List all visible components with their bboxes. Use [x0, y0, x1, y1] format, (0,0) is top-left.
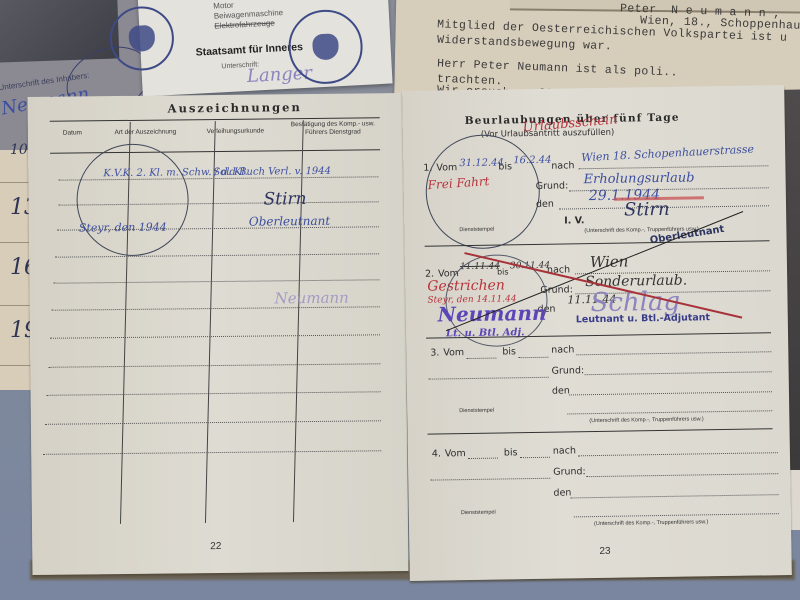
- column-header-art: Art der Auszeichnung: [103, 128, 188, 137]
- entry-4-grund-label: Grund:: [553, 466, 586, 478]
- confirming-rank: Oberleutnant: [249, 214, 330, 229]
- entry-1-stamp-label: Dienststempel: [459, 227, 494, 234]
- entry-1-destination: Wien 18. Schopenhauerstrasse: [581, 143, 754, 165]
- entry-1-vom-date: 31.12.44: [459, 157, 504, 169]
- id-authority: Staatsamt für Inneres: [195, 41, 303, 59]
- entry-1-vom-label: Vom: [436, 162, 457, 173]
- entry-3-grund-label: Grund:: [552, 365, 585, 377]
- eagle-emblem-icon: [312, 33, 339, 60]
- page-number: 22: [210, 541, 221, 552]
- id-line: Motor: [213, 1, 234, 11]
- entry-1-bis-date: 16.2.44: [513, 155, 551, 167]
- entry-3-sign-caption: (Unterschrift des Komp.-, Truppenführers…: [589, 416, 703, 424]
- entry-3-nach-label: nach: [551, 344, 574, 355]
- column-header-datum: Datum: [50, 129, 95, 137]
- entry-2-violet-signature: Neumann: [438, 301, 547, 327]
- entry-3-stamp-label: Dienststempel: [459, 408, 494, 415]
- entry-2-destination: Wien: [590, 252, 629, 271]
- entry-4-nach-label: nach: [553, 445, 576, 456]
- entry-3-vom-label: Vom: [443, 347, 464, 358]
- entry-3-den-label: den: [552, 385, 570, 396]
- column-header-urkunde: Verleihungsurkunde: [193, 127, 278, 136]
- entry-1-num: 1.: [423, 163, 432, 174]
- column-header-bestaetigung: Bestätigung des Komp.- usw. Führers Dien…: [288, 120, 378, 137]
- award-document: Sold-Buch Verl. v. 1944: [213, 166, 331, 178]
- entry-1-grund-label: Grund:: [536, 180, 569, 192]
- entry-1-den-label: den: [536, 199, 554, 210]
- entry-4-sign-caption: (Unterschrift des Komp.-, Truppenführers…: [594, 519, 708, 527]
- entry-4-den-label: den: [553, 487, 571, 498]
- confirming-signature: Stirn: [263, 189, 306, 209]
- page-title: Auszeichnungen: [168, 100, 302, 115]
- entry-1-signature: Stirn: [624, 199, 670, 221]
- id-line-struck: Elektrofahrzeuge: [214, 18, 275, 30]
- entry-4-bis-label: bis: [504, 447, 518, 458]
- entry-3-num: 3.: [430, 347, 439, 358]
- entry-4-num: 4.: [432, 448, 441, 459]
- eagle-emblem-icon: [128, 25, 155, 52]
- entry-1-bis-label: bis: [498, 161, 512, 172]
- entry-1-iv: I. V.: [564, 215, 584, 226]
- strip-number: 10: [10, 142, 28, 158]
- entry-1-nach-label: nach: [551, 160, 574, 171]
- entry-4-stamp-label: Dienststempel: [461, 510, 496, 517]
- entry-1-reason: Erholungsurlaub: [583, 170, 694, 187]
- page-beurlaubungen: Beurlaubungen über fünf Tage (Vor Urlaub…: [402, 85, 792, 581]
- award-place-date: Steyr, den 1944: [79, 221, 167, 235]
- page-number: 23: [599, 546, 610, 557]
- faint-signature: Neumann: [275, 289, 349, 308]
- austrian-id-card: Motor Beiwagenmaschine Elektrofahrzeuge …: [137, 0, 392, 96]
- entry-3-bis-label: bis: [502, 346, 516, 357]
- entry-4-vom-label: Vom: [445, 448, 466, 459]
- round-unit-stamp: [76, 143, 189, 256]
- entry-2-rank: Leutnant u. Btl.-Adjutant: [576, 312, 710, 325]
- page-auszeichnungen: Auszeichnungen Datum Art der Auszeichnun…: [28, 93, 409, 575]
